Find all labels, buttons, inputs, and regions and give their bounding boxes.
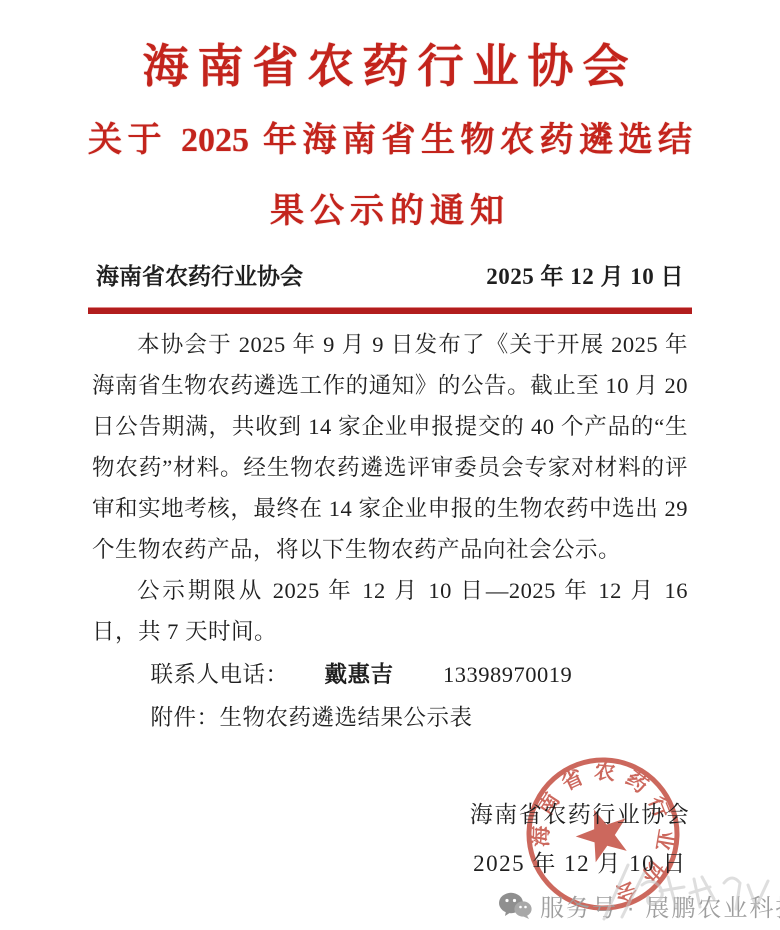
divider-rule — [88, 307, 692, 314]
watermark-scribble — [598, 855, 773, 927]
doc-org-title: 海南省农药行业协会 — [0, 30, 780, 96]
document-body: 本协会于 2025 年 9 月 9 日发布了《关于开展 2025 年海南省生物农… — [92, 324, 688, 652]
signature-org: 海南省农药行业协会 — [455, 790, 705, 839]
wechat-icon — [498, 892, 532, 920]
paragraph-1: 本协会于 2025 年 9 月 9 日发布了《关于开展 2025 年海南省生物农… — [92, 324, 688, 570]
attachment-line: 附件：生物农药遴选结果公示表 — [92, 697, 688, 738]
contact-name: 戴惠吉 — [325, 662, 394, 687]
contact-phone: 13398970019 — [443, 662, 572, 687]
issuer-name: 海南省农药行业协会 — [96, 258, 303, 291]
doc-title-line1: 关于 2025 年海南省生物农药遴选结 — [0, 112, 780, 161]
issue-date: 2025 年 12 月 10 日 — [486, 258, 684, 291]
document-page: 海南省农药行业协会 关于 2025 年海南省生物农药遴选结 果公示的通知 海南省… — [0, 0, 780, 930]
contact-line: 联系人电话：戴惠吉13398970019 — [92, 654, 688, 695]
paragraph-2: 公示期限从 2025 年 12 月 10 日—2025 年 12 月 16 日，… — [92, 570, 688, 652]
meta-row: 海南省农药行业协会 2025 年 12 月 10 日 — [96, 258, 684, 291]
doc-title-line2: 果公示的通知 — [0, 183, 780, 232]
contact-label: 联系人电话： — [151, 662, 289, 687]
